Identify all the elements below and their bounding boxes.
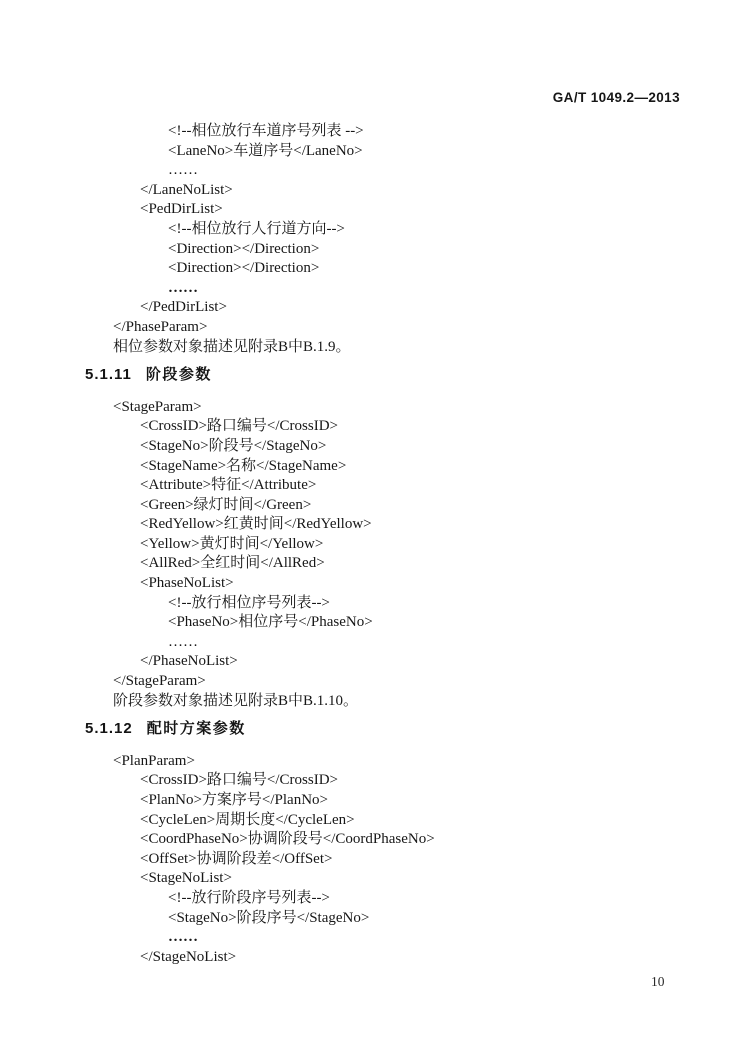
code-line: <StageParam> bbox=[0, 398, 750, 418]
code-line: <!--放行阶段序号列表--> bbox=[0, 889, 750, 909]
code-line: <PlanParam> bbox=[0, 752, 750, 772]
page-number: 10 bbox=[651, 974, 665, 990]
code-line: …… bbox=[0, 279, 750, 299]
paragraph-text: 阶段参数对象描述见附录B中B.1.10。 bbox=[0, 692, 750, 712]
code-line: …… bbox=[0, 161, 750, 181]
code-line: </PhaseParam> bbox=[0, 318, 750, 338]
code-line: <LaneNo>车道序号</LaneNo> bbox=[0, 142, 750, 162]
code-line: <PhaseNo>相位序号</PhaseNo> bbox=[0, 613, 750, 633]
doc-standard-number: GA/T 1049.2—2013 bbox=[553, 90, 680, 105]
section-title: 阶段参数 bbox=[146, 366, 212, 383]
code-line: <StageNo>阶段号</StageNo> bbox=[0, 437, 750, 457]
content-area: <!--相位放行车道序号列表 --><LaneNo>车道序号</LaneNo>…… bbox=[0, 122, 750, 967]
code-line: <!--相位放行人行道方向--> bbox=[0, 220, 750, 240]
code-line: <PedDirList> bbox=[0, 200, 750, 220]
code-line: <!--放行相位序号列表--> bbox=[0, 594, 750, 614]
code-line: <CrossID>路口编号</CrossID> bbox=[0, 417, 750, 437]
section-number: 5.1.11 bbox=[85, 366, 132, 383]
code-line: </PhaseNoList> bbox=[0, 652, 750, 672]
paragraph-text: 相位参数对象描述见附录B中B.1.9。 bbox=[0, 338, 750, 358]
code-line: <Direction></Direction> bbox=[0, 259, 750, 279]
section-heading: 5.1.11阶段参数 bbox=[0, 365, 750, 385]
code-line: …… bbox=[0, 928, 750, 948]
code-line: </PedDirList> bbox=[0, 298, 750, 318]
code-line: <StageNoList> bbox=[0, 869, 750, 889]
code-line: <RedYellow>红黄时间</RedYellow> bbox=[0, 515, 750, 535]
code-line: <Yellow>黄灯时间</Yellow> bbox=[0, 535, 750, 555]
code-line: <CycleLen>周期长度</CycleLen> bbox=[0, 811, 750, 831]
code-line: </LaneNoList> bbox=[0, 181, 750, 201]
code-line: <PhaseNoList> bbox=[0, 574, 750, 594]
code-line: <StageNo>阶段序号</StageNo> bbox=[0, 909, 750, 929]
code-line: <AllRed>全红时间</AllRed> bbox=[0, 554, 750, 574]
code-line: <CrossID>路口编号</CrossID> bbox=[0, 771, 750, 791]
code-line: <Green>绿灯时间</Green> bbox=[0, 496, 750, 516]
code-line: </StageNoList> bbox=[0, 948, 750, 968]
code-line: <!--相位放行车道序号列表 --> bbox=[0, 122, 750, 142]
code-line: …… bbox=[0, 633, 750, 653]
document-page: { "page": { "header_right": "GA/T 1049.2… bbox=[0, 0, 750, 1060]
section-number: 5.1.12 bbox=[85, 720, 133, 737]
code-line: <StageName>名称</StageName> bbox=[0, 457, 750, 477]
code-line: <Attribute>特征</Attribute> bbox=[0, 476, 750, 496]
code-line: <OffSet>协调阶段差</OffSet> bbox=[0, 850, 750, 870]
code-line: <PlanNo>方案序号</PlanNo> bbox=[0, 791, 750, 811]
code-line: <CoordPhaseNo>协调阶段号</CoordPhaseNo> bbox=[0, 830, 750, 850]
section-heading: 5.1.12配时方案参数 bbox=[0, 719, 750, 739]
code-line: <Direction></Direction> bbox=[0, 240, 750, 260]
code-line: </StageParam> bbox=[0, 672, 750, 692]
section-title: 配时方案参数 bbox=[147, 720, 246, 737]
